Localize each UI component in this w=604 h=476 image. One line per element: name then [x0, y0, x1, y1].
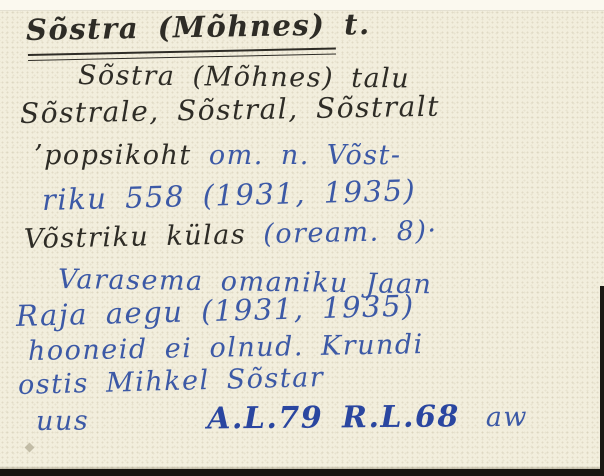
line-text: hooneid ei olnud. Krundi [28, 329, 424, 367]
title-underline [28, 48, 336, 61]
card-title-text: Sõstra (Mõhnes) t. [26, 7, 371, 47]
scan-bottom-edge [0, 469, 604, 476]
scan-right-edge [600, 286, 604, 476]
handwritten-line: uusA.L.79 R.L.68aw [36, 402, 528, 436]
handwritten-line: ’popsikoht om. n. Võst- [34, 142, 402, 169]
line-text-black: ’popsikoht [34, 140, 209, 171]
line-text-black: Võstriku külas [24, 219, 264, 255]
handwritten-line: ostis Mihkel Sõstar [18, 364, 325, 399]
line-text-word: uus [36, 406, 89, 437]
line-text: Sõstrale, Sõstral, Sõstralt [20, 90, 441, 130]
card-title: Sõstra (Mõhnes) t. [26, 10, 371, 45]
line-text: ostis Mihkel Sõstar [18, 362, 325, 401]
paper-speck [25, 443, 35, 453]
handwritten-line: Sõstrale, Sõstral, Sõstralt [20, 93, 440, 128]
handwritten-line: hooneid ei olnud. Krundi [28, 331, 424, 365]
handwritten-line: Võstriku külas (oream. 8)· [24, 217, 438, 253]
line-text-initials: aw [486, 402, 528, 433]
handwritten-line: Raja aegu (1931, 1935) [16, 292, 415, 331]
line-text: Sõstra (Mõhnes) talu [78, 60, 410, 94]
line-text: riku 558 (1931, 1935) [42, 173, 417, 217]
line-text-blue: (oream. 8)· [263, 215, 438, 250]
line-text-blue: om. n. Võst- [209, 140, 402, 171]
scanned-index-card: Sõstra (Mõhnes) t. Sõstra (Mõhnes) talu … [0, 0, 604, 476]
handwritten-line: Sõstra (Mõhnes) talu [78, 62, 410, 92]
handwritten-line: riku 558 (1931, 1935) [42, 176, 417, 215]
register-codes: A.L.79 R.L.68 [207, 399, 460, 436]
